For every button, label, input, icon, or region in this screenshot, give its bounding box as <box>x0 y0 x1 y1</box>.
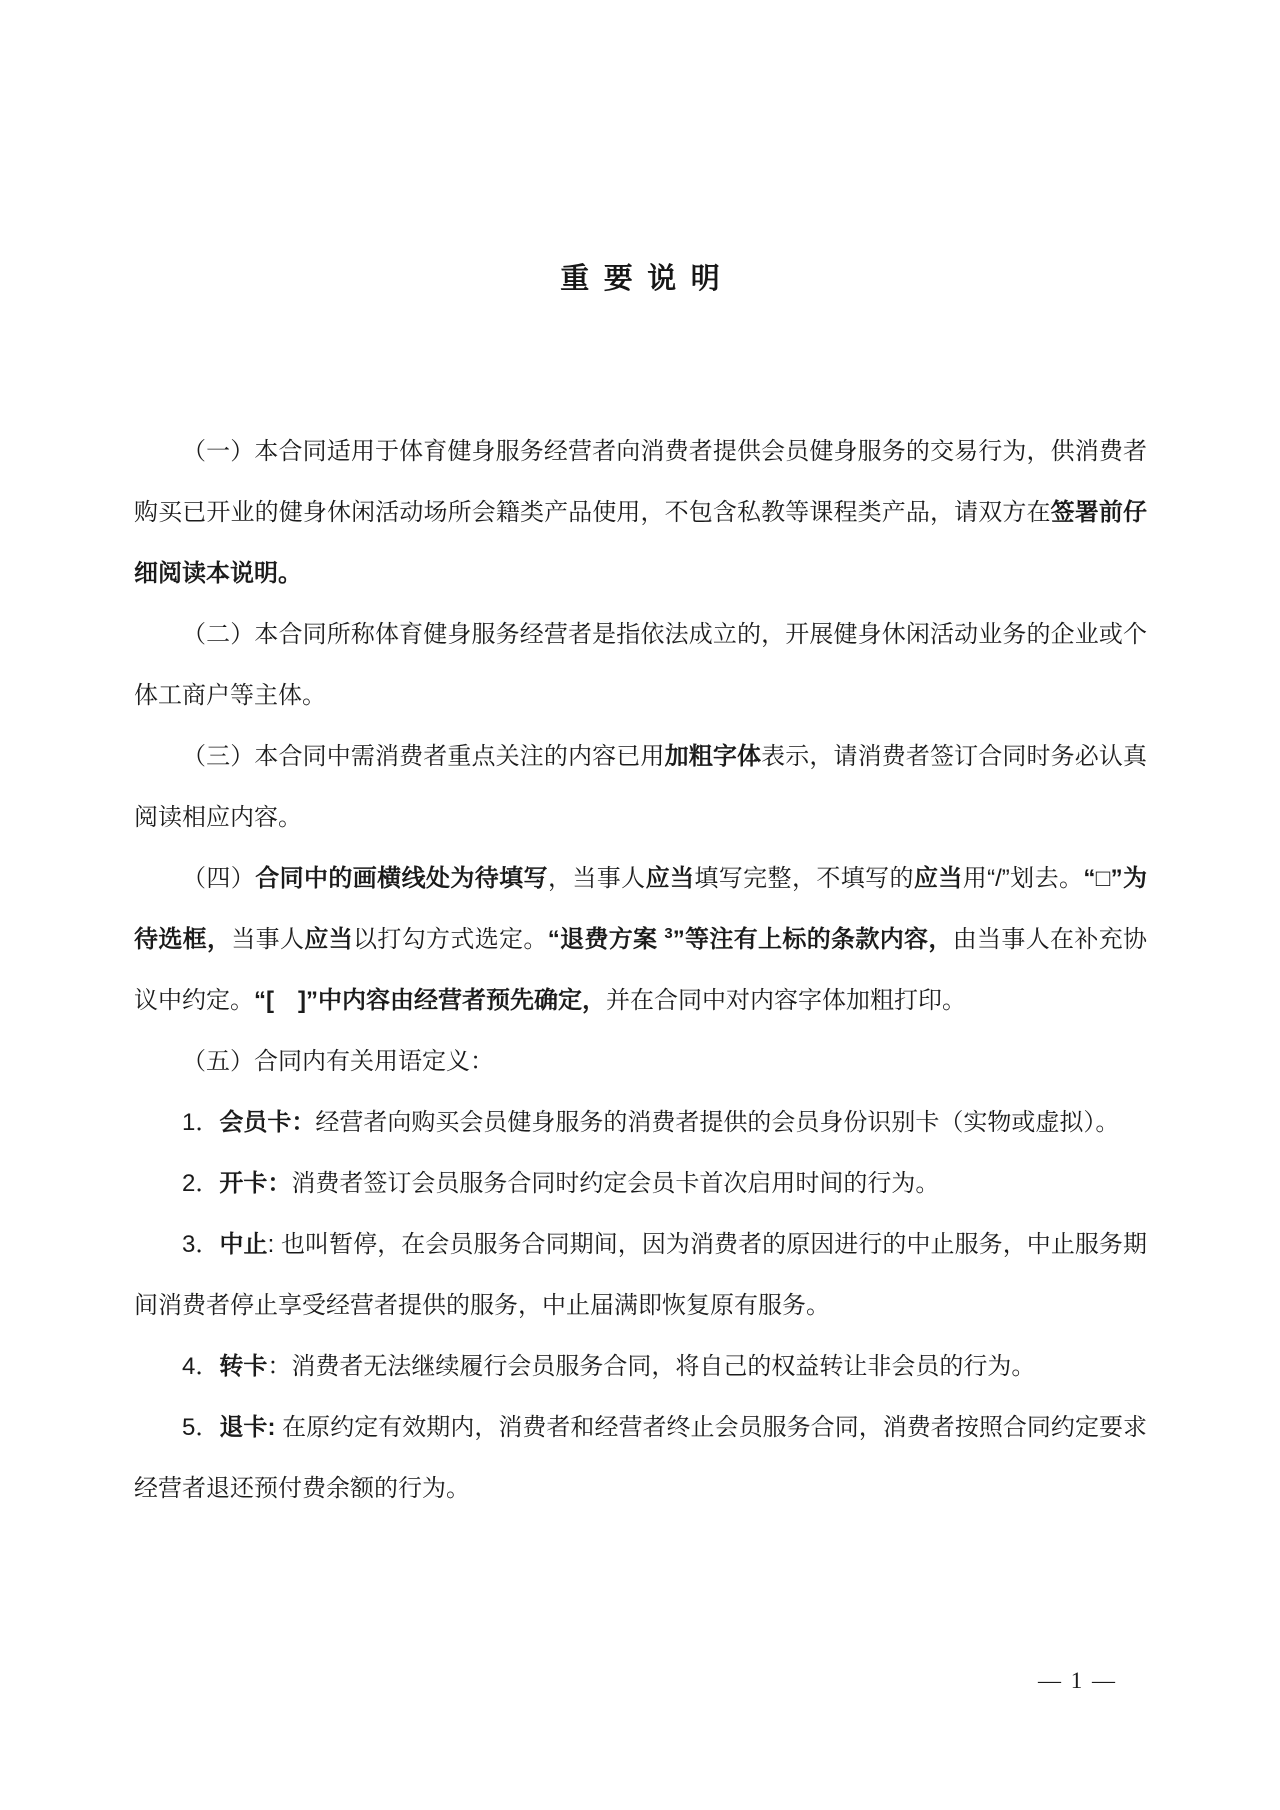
text-segment: : 也叫暂停，在会员服务合同期间，因为消费者的原因进行的中止服务，中止服务期间消… <box>134 1231 1147 1319</box>
text-segment: 5． <box>182 1414 219 1441</box>
text-segment: ”等注有上标的条款内容， <box>673 926 953 953</box>
text-segment: 4． <box>182 1353 219 1380</box>
paragraph-7: 2．开卡：消费者签订会员服务合同时约定会员卡首次启用时间的行为。 <box>134 1153 1147 1214</box>
text-segment: （二）本合同所称体育健身服务经营者是指依法成立的，开展健身休闲活动业务的企业或个… <box>134 621 1147 709</box>
text-segment: 在原约定有效期内，消费者和经营者终止会员服务合同，消费者按照合同约定要求经营者退… <box>134 1414 1147 1502</box>
paragraph-5: （五）合同内有关用语定义： <box>134 1031 1147 1092</box>
text-segment: 以打勾方式选定。 <box>353 926 548 953</box>
paragraph-2: （二）本合同所称体育健身服务经营者是指依法成立的，开展健身休闲活动业务的企业或个… <box>134 604 1147 726</box>
page-title: 重要说明 <box>0 256 1280 297</box>
paragraph-9: 4．转卡：消费者无法继续履行会员服务合同，将自己的权益转让非会员的行为。 <box>134 1336 1147 1397</box>
text-segment: 并在合同中对内容字体加粗打印。 <box>606 987 966 1014</box>
text-segment: （三）本合同中需消费者重点关注的内容已用 <box>182 743 665 770</box>
text-segment: ，当事人 <box>548 865 646 892</box>
document-body: （一）本合同适用于体育健身服务经营者向消费者提供会员健身服务的交易行为，供消费者… <box>134 421 1147 1519</box>
text-segment: 中止 <box>219 1231 267 1258</box>
text-segment: 2． <box>182 1170 219 1197</box>
text-segment: 会员卡： <box>219 1109 315 1136</box>
superscript-note-ref: 3 <box>664 926 672 942</box>
document-page: 重要说明 （一）本合同适用于体育健身服务经营者向消费者提供会员健身服务的交易行为… <box>0 0 1280 1810</box>
page-number: — 1 — <box>1038 1668 1117 1694</box>
text-segment: 3． <box>182 1231 219 1258</box>
text-segment: “[ ]”中内容由经营者预先确定， <box>254 987 606 1014</box>
text-segment: 应当 <box>646 865 695 892</box>
paragraph-6: 1．会员卡：经营者向购买会员健身服务的消费者提供的会员身份识别卡（实物或虚拟）。 <box>134 1092 1147 1153</box>
text-segment: 应当 <box>914 865 963 892</box>
paragraph-8: 3．中止: 也叫暂停，在会员服务合同期间，因为消费者的原因进行的中止服务，中止服… <box>134 1214 1147 1336</box>
text-segment: 消费者签订会员服务合同时约定会员卡首次启用时间的行为。 <box>291 1170 939 1197</box>
text-segment: 转卡 <box>219 1353 267 1380</box>
paragraph-1: （一）本合同适用于体育健身服务经营者向消费者提供会员健身服务的交易行为，供消费者… <box>134 421 1147 604</box>
text-segment: 当事人 <box>231 926 304 953</box>
text-segment: 退卡: <box>219 1414 275 1441</box>
text-segment: 应当 <box>304 926 353 953</box>
text-segment: ：消费者无法继续履行会员服务合同，将自己的权益转让非会员的行为。 <box>267 1353 1035 1380</box>
text-segment: 开卡： <box>219 1170 291 1197</box>
paragraph-4: （四）合同中的画横线处为待填写，当事人应当填写完整，不填写的应当用“/”划去。“… <box>134 848 1147 1031</box>
paragraph-10: 5．退卡: 在原约定有效期内，消费者和经营者终止会员服务合同，消费者按照合同约定… <box>134 1397 1147 1519</box>
text-segment: “退费方案 <box>548 926 665 953</box>
text-segment: 经营者向购买会员健身服务的消费者提供的会员身份识别卡（实物或虚拟）。 <box>315 1109 1119 1136</box>
text-segment: 填写完整，不填写的 <box>694 865 914 892</box>
text-segment: 加粗字体 <box>665 743 762 770</box>
text-segment: （一）本合同适用于体育健身服务经营者向消费者提供会员健身服务的交易行为，供消费者… <box>134 438 1147 526</box>
text-segment: 用“/”划去。 <box>963 865 1084 892</box>
text-segment: 合同中的画横线处为待填写 <box>255 865 548 892</box>
text-segment: 1． <box>182 1109 219 1136</box>
text-segment: （五）合同内有关用语定义： <box>182 1048 494 1075</box>
text-segment: （四） <box>182 865 255 892</box>
paragraph-3: （三）本合同中需消费者重点关注的内容已用加粗字体表示，请消费者签订合同时务必认真… <box>134 726 1147 848</box>
